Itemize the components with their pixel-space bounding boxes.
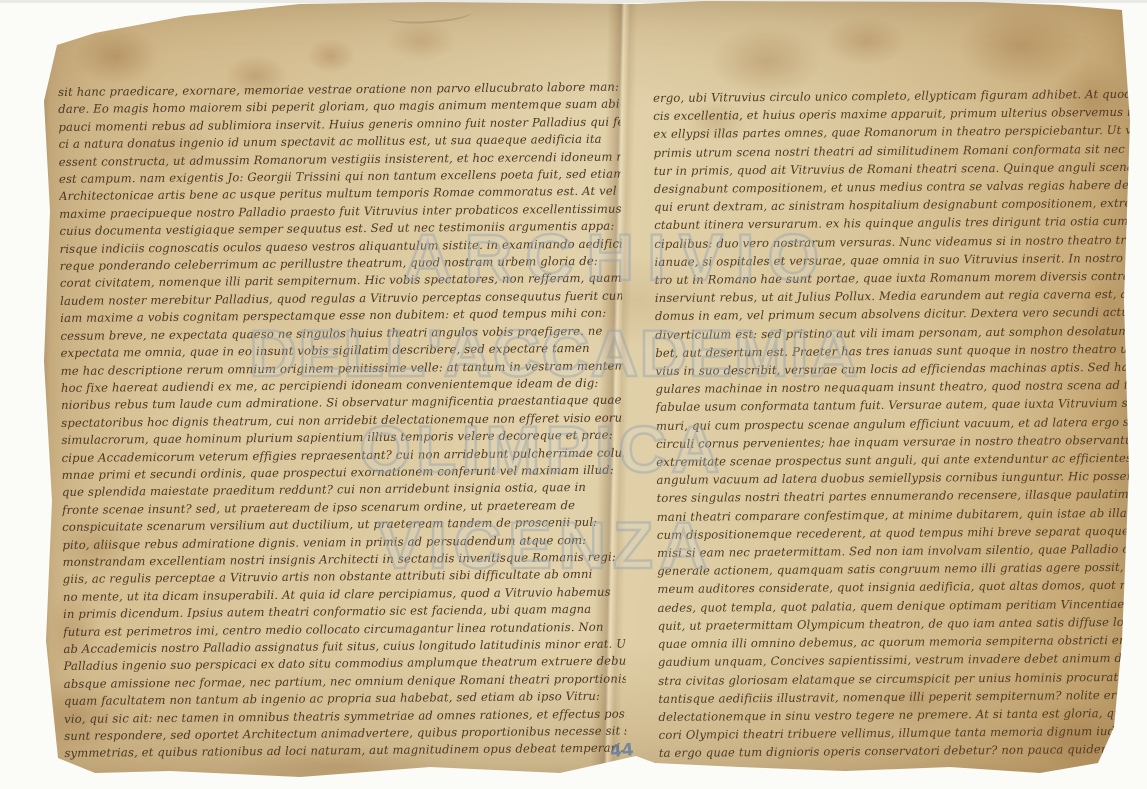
right-page-text: ergo, ubi Vitruvius circulo unico comple… <box>653 85 1147 763</box>
manuscript-line: ta ergo quae tum dignioris operis conser… <box>659 740 1147 762</box>
faint-ink-mark <box>388 4 473 26</box>
left-page-text: sit hanc praedicare, exornare, memoriae … <box>58 79 626 763</box>
archivist-page-number: 44 <box>609 740 634 762</box>
paper-left-edge <box>36 1 50 785</box>
manuscript-scan: sit hanc praedicare, exornare, memoriae … <box>0 0 1147 789</box>
manuscript-paper: sit hanc praedicare, exornare, memoriae … <box>36 1 1132 785</box>
